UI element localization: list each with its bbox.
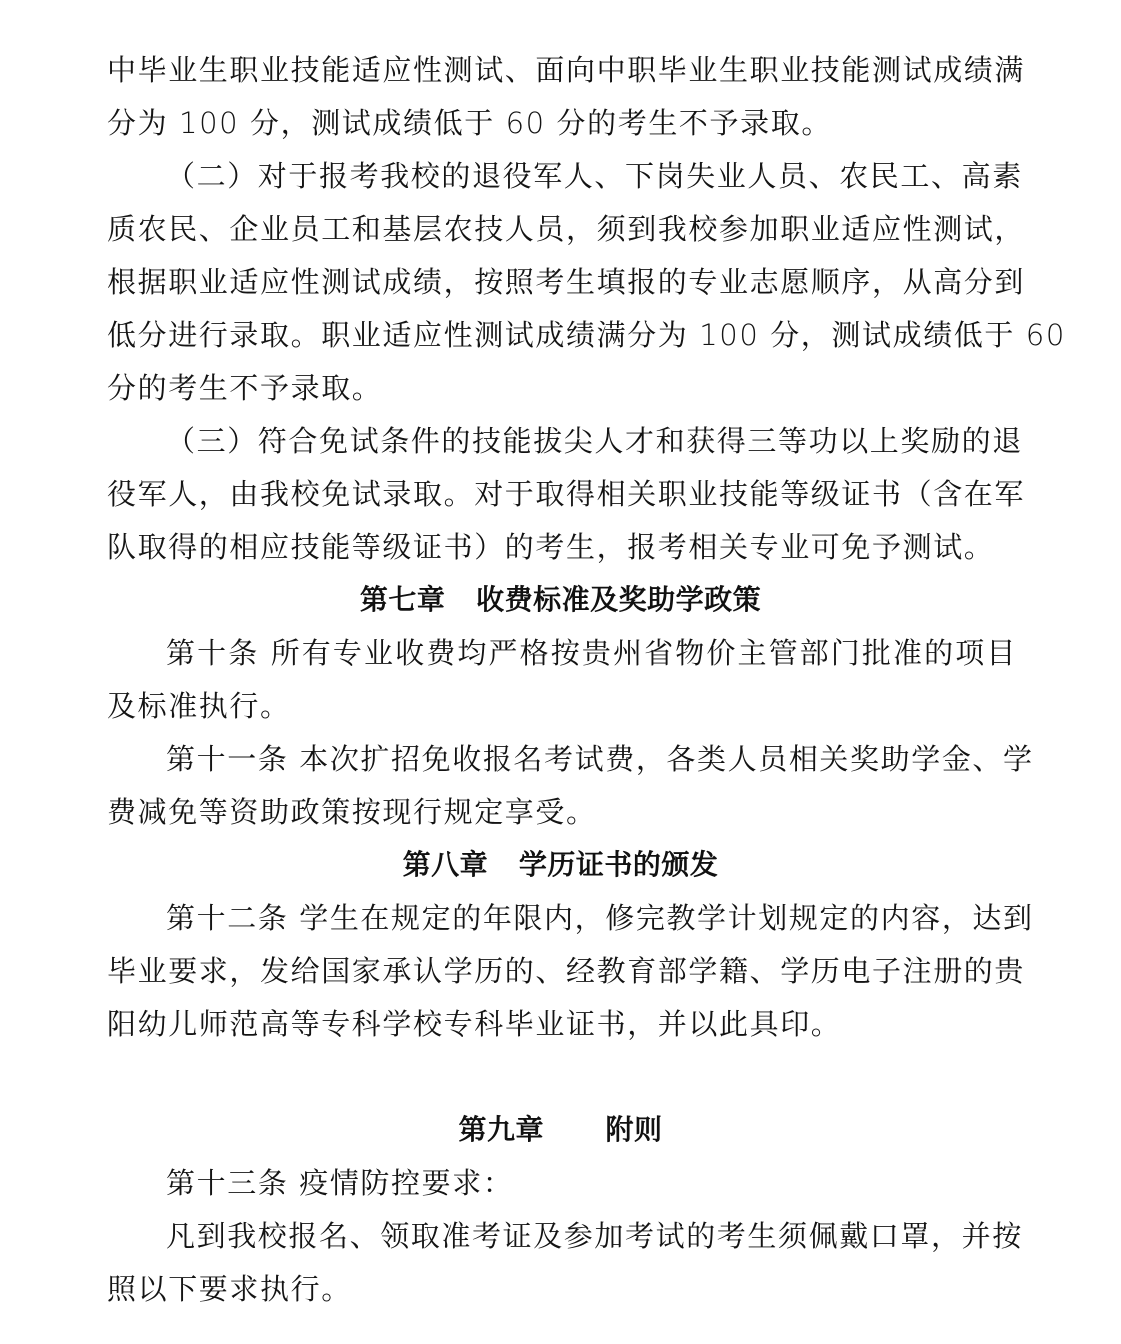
article-10-line: 第十条 所有专业收费均严格按贵州省物价主管部门批准的项目 bbox=[166, 635, 1017, 671]
paragraph-line: 毕业要求，发给国家承认学历的、经教育部学籍、学历电子注册的贵 bbox=[107, 953, 1017, 989]
document-page: 中毕业生职业技能适应性测试、面向中职毕业生职业技能测试成绩满 分为 100 分，… bbox=[0, 0, 1121, 1344]
paragraph-line: 费减免等资助政策按现行规定享受。 bbox=[107, 794, 1017, 830]
chapter-8-heading: 第八章 学历证书的颁发 bbox=[0, 847, 1121, 883]
article-12-line: 第十二条 学生在规定的年限内，修完教学计划规定的内容，达到 bbox=[166, 900, 1017, 936]
paragraph-line: 中毕业生职业技能适应性测试、面向中职毕业生职业技能测试成绩满 bbox=[107, 52, 1017, 88]
paragraph-line: 分为 100 分，测试成绩低于 60 分的考生不予录取。 bbox=[107, 105, 1017, 141]
paragraph-line: 役军人，由我校免试录取。对于取得相关职业技能等级证书（含在军 bbox=[107, 476, 1017, 512]
paragraph-line: 质农民、企业员工和基层农技人员，须到我校参加职业适应性测试， bbox=[107, 211, 1017, 247]
paragraph-line-item-3: （三）符合免试条件的技能拔尖人才和获得三等功以上奖励的退 bbox=[166, 423, 1017, 459]
paragraph-line: 阳幼儿师范高等专科学校专科毕业证书，并以此具印。 bbox=[107, 1006, 1017, 1042]
paragraph-line: 根据职业适应性测试成绩，按照考生填报的专业志愿顺序，从高分到 bbox=[107, 264, 1017, 300]
paragraph-line: 队取得的相应技能等级证书）的考生，报考相关专业可免予测试。 bbox=[107, 529, 1017, 565]
paragraph-line: 照以下要求执行。 bbox=[107, 1271, 1017, 1307]
article-11-line: 第十一条 本次扩招免收报名考试费，各类人员相关奖助学金、学 bbox=[166, 741, 1017, 777]
paragraph-line-item-2: （二）对于报考我校的退役军人、下岗失业人员、农民工、高素 bbox=[166, 158, 1017, 194]
chapter-9-heading: 第九章 附则 bbox=[0, 1112, 1121, 1148]
paragraph-line: 分的考生不予录取。 bbox=[107, 370, 1017, 406]
chapter-7-heading: 第七章 收费标准及奖助学政策 bbox=[0, 582, 1121, 618]
paragraph-line: 及标准执行。 bbox=[107, 688, 1017, 724]
paragraph-line: 凡到我校报名、领取准考证及参加考试的考生须佩戴口罩，并按 bbox=[166, 1218, 1017, 1254]
article-13-line: 第十三条 疫情防控要求： bbox=[166, 1165, 1017, 1201]
paragraph-line: 低分进行录取。职业适应性测试成绩满分为 100 分，测试成绩低于 60 bbox=[107, 317, 1017, 353]
